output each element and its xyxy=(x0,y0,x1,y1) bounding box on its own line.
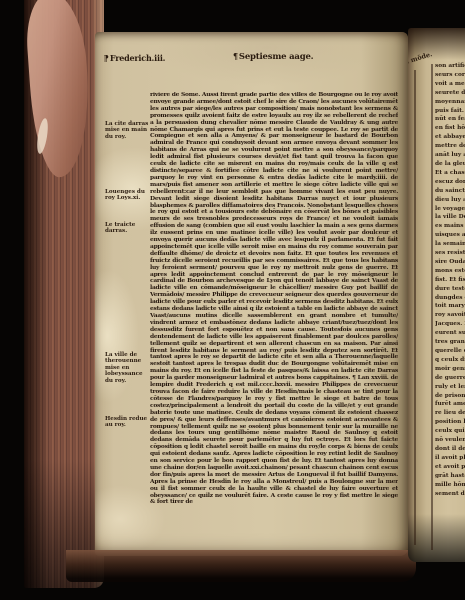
pilcrow-icon: ¶ xyxy=(233,51,238,61)
next-page-running-header: Bij du mōde. xyxy=(408,43,433,67)
margin-note-therouanne: La ville de therouenne mise en lobeyssan… xyxy=(105,352,150,384)
running-header-title: ¶Septiesme aage. xyxy=(233,51,313,62)
margin-note-praise-of-king: Louenges du roy Loys.xi. xyxy=(105,189,150,202)
body-text: riviere de Sōme. Aussi firent grāde part… xyxy=(150,92,398,504)
page-bottom-edge xyxy=(66,550,416,582)
margin-note-hesdin: Hesdin redue au roy. xyxy=(105,416,150,429)
running-title-text: Septiesme aage. xyxy=(239,52,314,62)
book-photo: ¶Frederich.iii. ¶Septiesme aage. La cite… xyxy=(0,0,465,600)
gutter-crease-line xyxy=(431,64,433,550)
margin-note-arras-taken: La cite darras mise en main du roy. xyxy=(105,121,150,140)
next-page-text-fragments: son artificie seurs corps e voit a messi… xyxy=(435,62,465,534)
signature-ornament-icon: ¶ xyxy=(104,53,109,63)
margin-note-treaty-of-arras: Le traicte darras. xyxy=(105,222,150,235)
gutter-crease-line xyxy=(414,70,416,545)
right-page-sliver: Bij du mōde. son artificie seurs corps e… xyxy=(408,28,465,562)
left-page: ¶Frederich.iii. ¶Septiesme aage. La cite… xyxy=(95,32,408,556)
signature-text: Frederich.iii. xyxy=(110,53,165,63)
running-header-signature: ¶Frederich.iii. xyxy=(104,53,165,63)
